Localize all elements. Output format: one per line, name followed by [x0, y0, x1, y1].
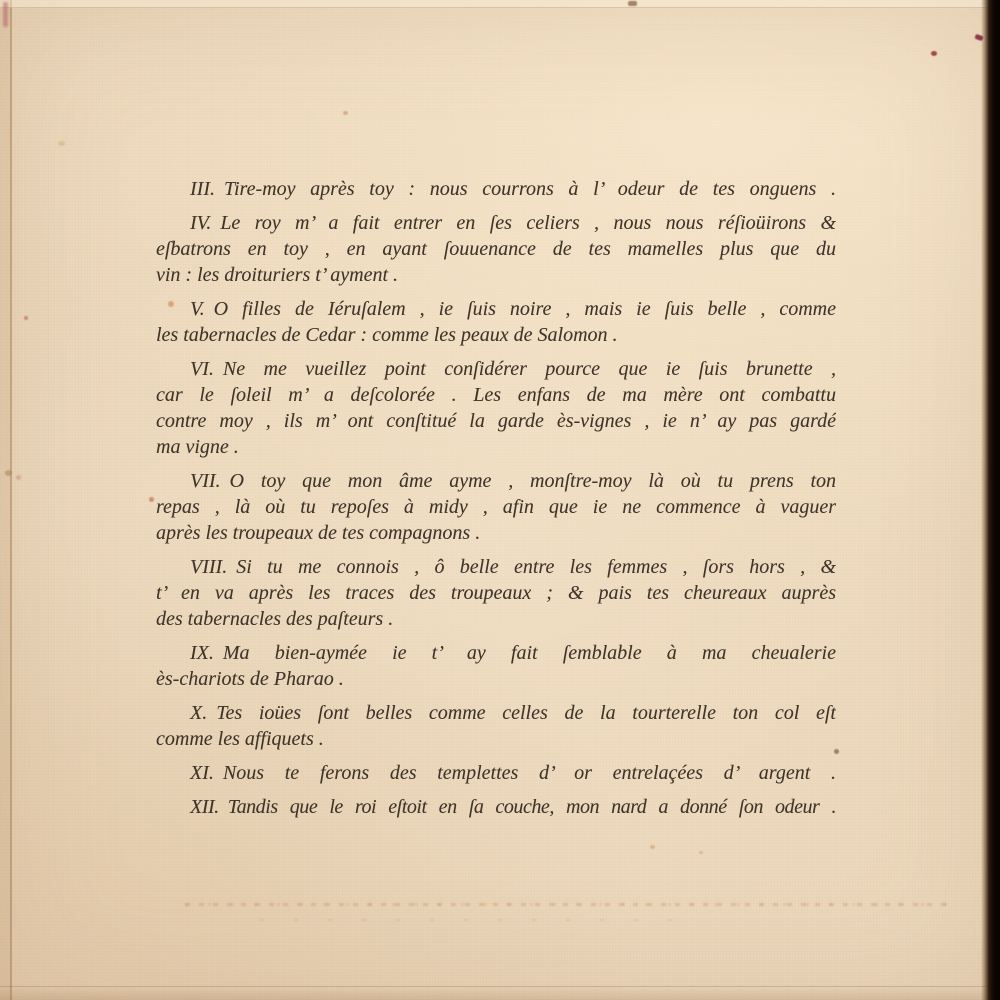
verse-line: contre moy , ils m’ ont conſtitué la gar… — [156, 408, 836, 434]
verse: XI.Nous te ferons des templettes d’ or e… — [156, 760, 836, 786]
verse-line: des tabernacles des paſteurs . — [156, 606, 836, 632]
foxing-spot — [650, 845, 655, 849]
verse-line: XII.Tandis que le roi eſtoit en ſa couch… — [156, 794, 836, 820]
foxing-spot — [834, 749, 839, 754]
verse-line: V.O filles de Iéruſalem , ie ſuis noire … — [156, 296, 836, 322]
verse-number: XI. — [190, 762, 223, 784]
verse: VIII.Si tu me connois , ô belle entre le… — [156, 554, 836, 632]
verse-line: t’ en va après les traces des troupeaux … — [156, 580, 836, 606]
page-bottom-edge — [0, 986, 1000, 1000]
verse-line: ès-chariots de Pharao . — [156, 666, 836, 692]
verse-line: ma vigne . — [156, 434, 836, 460]
verse-line: vin : les droituriers t’ ayment . — [156, 262, 836, 288]
foxing-spot — [5, 470, 12, 476]
page-left-edge-crease — [0, 0, 12, 1000]
verse: IV.Le roy m’ a fait entrer en ſes celier… — [156, 210, 836, 288]
foxing-spot — [149, 497, 154, 502]
foxing-spot — [628, 1, 637, 6]
verse-number: IV. — [190, 212, 220, 234]
verse-number: X. — [190, 702, 216, 724]
verse: X.Tes ioües ſont belles comme celles de … — [156, 700, 836, 752]
verse-line: repas , là où tu repoſes à midy , afin q… — [156, 494, 836, 520]
foxing-spot — [343, 111, 348, 115]
verse-number: V. — [190, 298, 214, 320]
verse-number: VII. — [190, 470, 230, 492]
verse-line: eſbatrons en toy , en ayant ſouuenance d… — [156, 236, 836, 262]
verse-line: III.Tire-moy après toy : nous courrons à… — [156, 176, 836, 202]
verse-number: III. — [190, 178, 224, 200]
verse: III.Tire-moy après toy : nous courrons à… — [156, 176, 836, 202]
verse-line: VII.O toy que mon âme ayme , monſtre-moy… — [156, 468, 836, 494]
red-ink-mark — [3, 2, 8, 27]
verse-number: XII. — [190, 796, 228, 818]
verse-line: comme les affiquets . — [156, 726, 836, 752]
scan-gutter-shadow — [981, 0, 1000, 1000]
book-page-scan: III.Tire-moy après toy : nous courrons à… — [0, 0, 1000, 1000]
verse: XII.Tandis que le roi eſtoit en ſa couch… — [156, 794, 836, 820]
foxing-spot — [168, 301, 174, 307]
verse-line: VIII.Si tu me connois , ô belle entre le… — [156, 554, 836, 580]
verse: VI.Ne me vueillez point conſidérer pourc… — [156, 356, 836, 460]
verse-line: IX.Ma bien-aymée ie t’ ay fait ſemblable… — [156, 640, 836, 666]
verse-list: III.Tire-moy après toy : nous courrons à… — [156, 176, 836, 828]
foxing-spot — [699, 851, 703, 854]
foxing-spot — [24, 316, 28, 320]
verse-number: VI. — [190, 358, 223, 380]
verse-line: IV.Le roy m’ a fait entrer en ſes celier… — [156, 210, 836, 236]
verse-line: VI.Ne me vueillez point conſidérer pourc… — [156, 356, 836, 382]
verse-number: VIII. — [190, 556, 236, 578]
red-ink-speck — [931, 51, 937, 56]
ink-bleedthrough-line — [260, 919, 680, 921]
page-top-edge — [0, 0, 1000, 8]
ink-bleedthrough-line — [185, 903, 955, 906]
verse: V.O filles de Iéruſalem , ie ſuis noire … — [156, 296, 836, 348]
foxing-spot — [16, 475, 21, 480]
foxing-spot — [58, 141, 65, 146]
verse-line: les tabernacles de Cedar : comme les pea… — [156, 322, 836, 348]
verse: IX.Ma bien-aymée ie t’ ay fait ſemblable… — [156, 640, 836, 692]
verse-number: IX. — [190, 642, 223, 664]
verse-line: après les troupeaux de tes compagnons . — [156, 520, 836, 546]
verse: VII.O toy que mon âme ayme , monſtre-moy… — [156, 468, 836, 546]
verse-line: XI.Nous te ferons des templettes d’ or e… — [156, 760, 836, 786]
verse-line: X.Tes ioües ſont belles comme celles de … — [156, 700, 836, 726]
verse-line: car le ſoleil m’ a deſcolorée . Les enfa… — [156, 382, 836, 408]
